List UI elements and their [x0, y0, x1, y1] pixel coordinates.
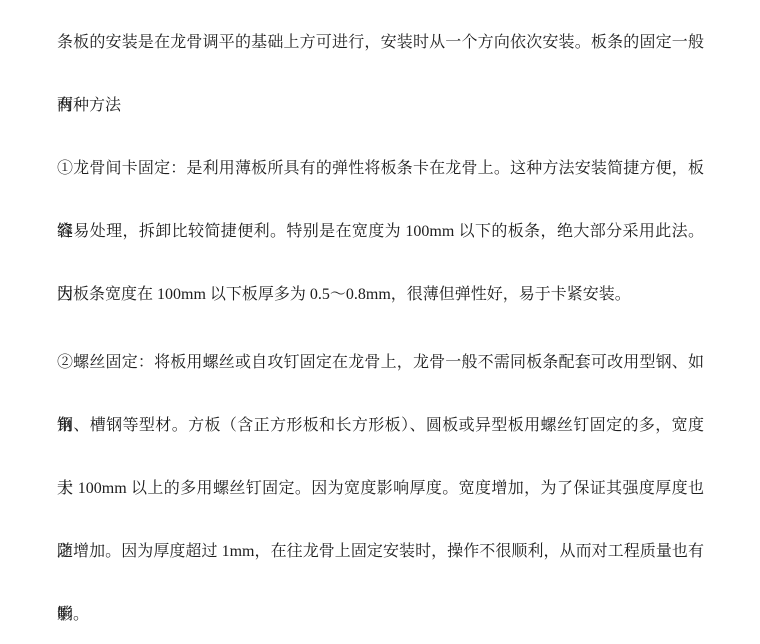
text-line: 之增加。因为厚度超过 1mm，在往龙骨上固定安装时，操作不很顺利，从而对工程质量…: [57, 520, 704, 583]
text-line: 两种方法: [57, 74, 704, 137]
text-line: 条板的安装是在龙骨调平的基础上方可进行，安装时从一个方向依次安装。板条的固定一般…: [57, 11, 704, 74]
text-line: 钢、槽钢等型材。方板（含正方形板和长方形板）、圆板或异型板用螺丝钉固定的多，宽度…: [57, 394, 704, 457]
text-line: ②螺丝固定：将板用螺丝或自攻钉固定在龙骨上，龙骨一般不需同板条配套可改用型钢、如…: [57, 331, 704, 394]
text-line: 响。: [57, 583, 704, 644]
text-line: ①龙骨间卡固定：是利用薄板所具有的弹性将板条卡在龙骨上。这种方法安装简捷方便，板…: [57, 137, 704, 200]
text-line: 为板条宽度在 100mm 以下板厚多为 0.5～0.8mm，很薄但弹性好，易于卡…: [57, 263, 704, 326]
text-line: 容易处理，拆卸比较简捷便利。特别是在宽度为 100mm 以下的板条，绝大部分采用…: [57, 200, 704, 263]
document-page: 条板的安装是在龙骨调平的基础上方可进行，安装时从一个方向依次安装。板条的固定一般…: [0, 0, 760, 644]
text-line: 于 100mm 以上的多用螺丝钉固定。因为宽度影响厚度。宽度增加，为了保证其强度…: [57, 457, 704, 520]
document-text: 条板的安装是在龙骨调平的基础上方可进行，安装时从一个方向依次安装。板条的固定一般…: [57, 11, 704, 644]
